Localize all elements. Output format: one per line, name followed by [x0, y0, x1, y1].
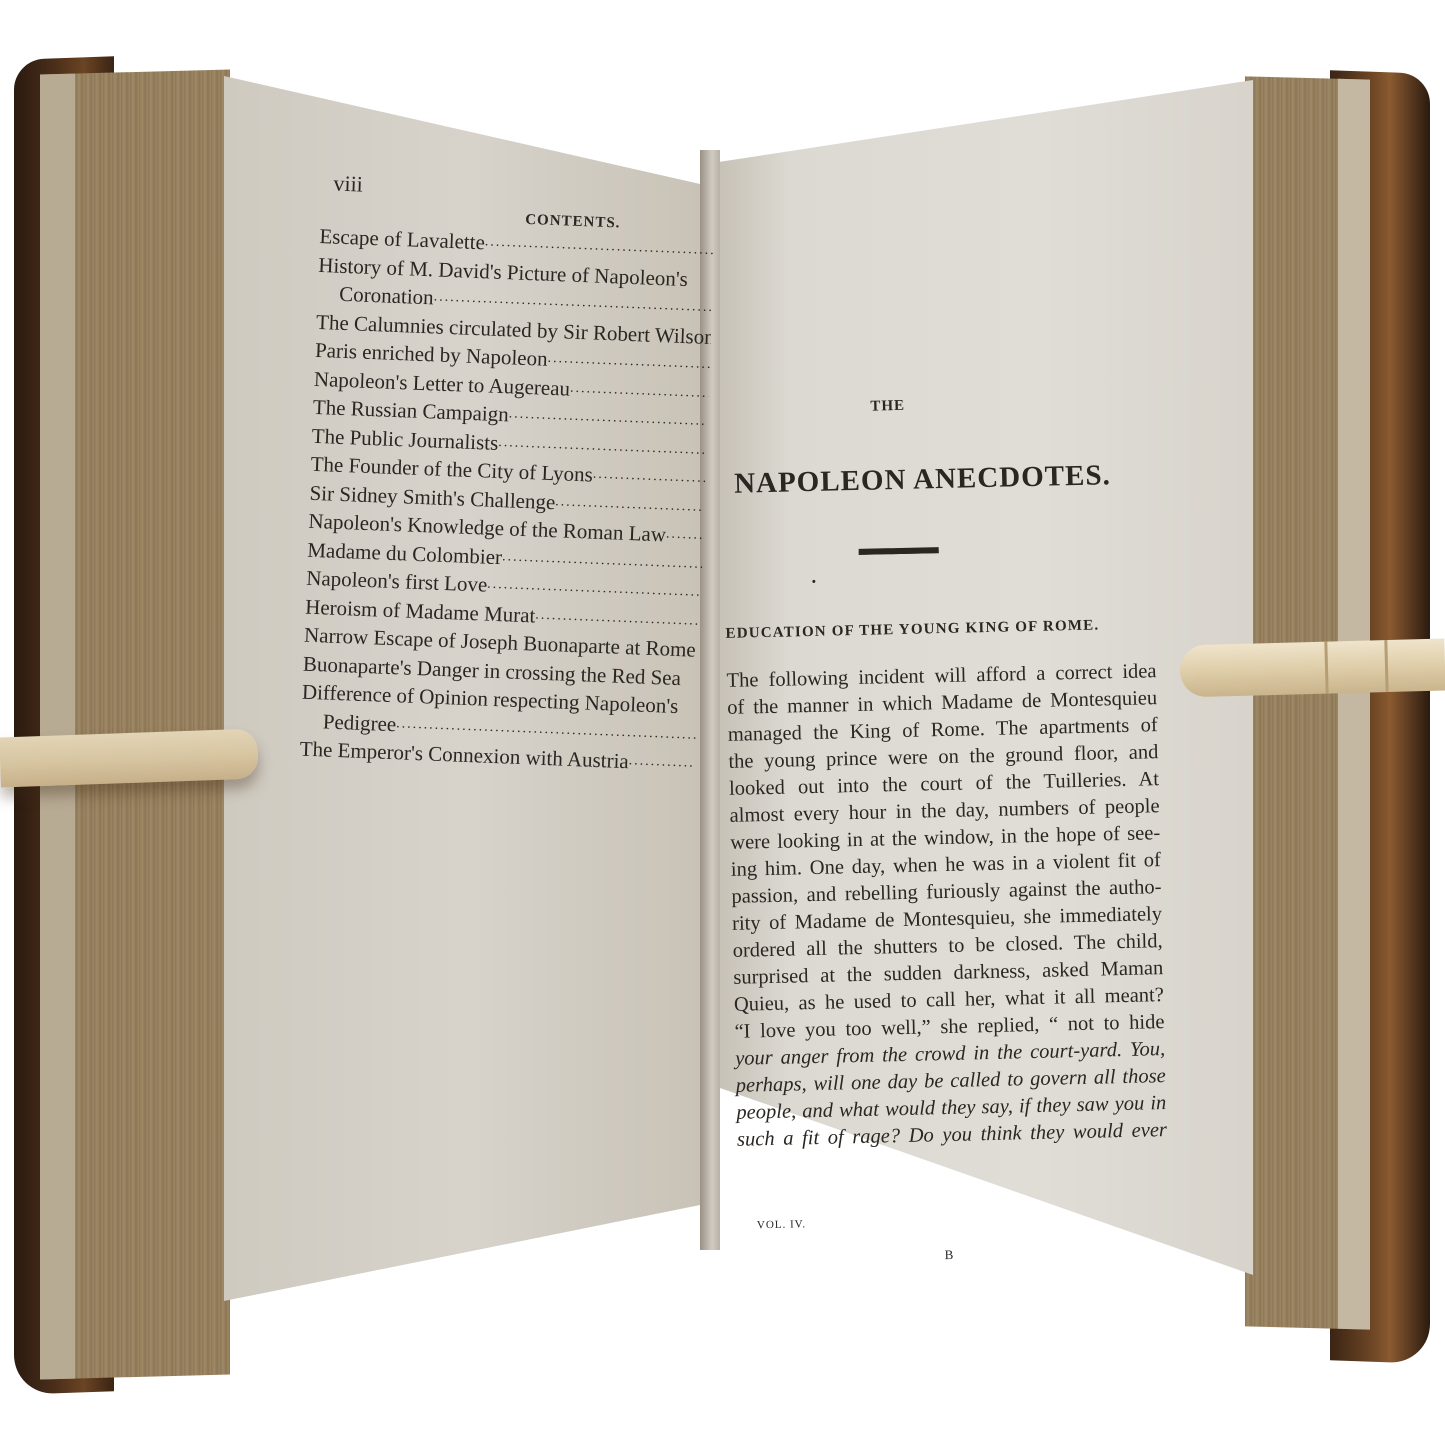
flyleaf-left [40, 74, 75, 1380]
title-article: THE [870, 398, 905, 416]
page-block-right [1245, 76, 1370, 1329]
book-photo: viii CONTENTS. Escape of Lavalette......… [0, 0, 1445, 1445]
wooden-peg-left [0, 729, 259, 788]
table-of-contents: Escape of Lavalette.....................… [299, 222, 714, 778]
volume-mark: VOL. IV. [757, 1218, 806, 1231]
peg-groove [1384, 640, 1388, 692]
wooden-peg-right [1179, 639, 1445, 698]
page-number: viii [333, 170, 363, 197]
peg-groove [1324, 642, 1328, 694]
flyleaf-right [1338, 79, 1370, 1330]
body-text: The following incident will afford a cor… [726, 658, 1167, 1154]
page-block-left [40, 70, 230, 1380]
ink-dot [812, 580, 815, 583]
signature-mark: B [945, 1247, 954, 1263]
